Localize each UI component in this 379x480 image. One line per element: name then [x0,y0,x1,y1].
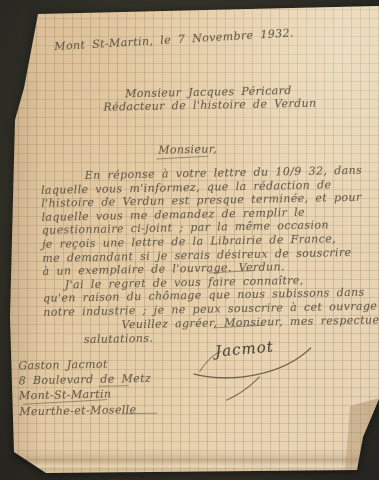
addressee-title: Rédacteur de l'histoire de Verdun [103,97,316,114]
dateline: Mont St-Martin, le 7 Novembre 1932. [54,26,294,53]
letter-sheet-wrapper: Mont St-Martin, le 7 Novembre 1932. Mons… [0,0,379,480]
sender-block: Gaston Jacmot 8 Boulevard de Metz Mont-S… [18,357,152,420]
handwriting-layer: Mont St-Martin, le 7 Novembre 1932. Mons… [0,0,379,480]
sender-line: Meurthe-et-Moselle [19,402,152,420]
salutation: Monsieur, [158,142,217,156]
signature-block: Jacmot [185,335,326,404]
letter-body: En réponse à votre lettre du 10/9 32, da… [41,164,364,320]
letter-sheet: Mont St-Martin, le 7 Novembre 1932. Mons… [0,0,379,480]
scan-backdrop: Mont St-Martin, le 7 Novembre 1932. Mons… [0,0,379,480]
